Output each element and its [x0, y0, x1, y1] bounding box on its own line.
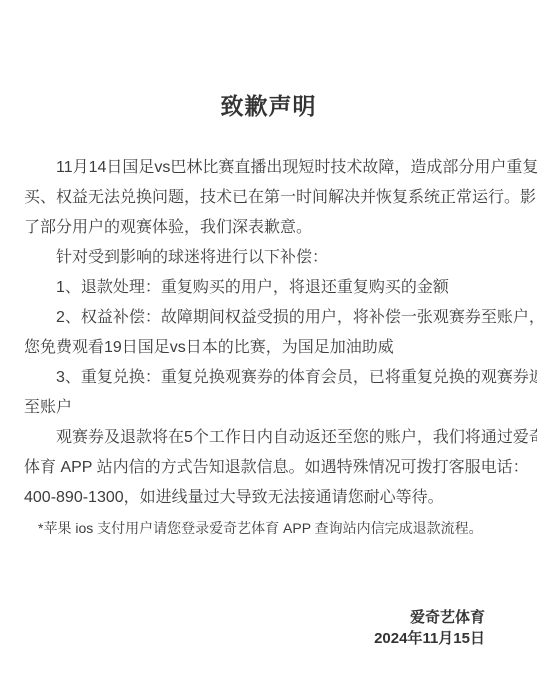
apology-statement-page: 致歉声明 11月14日国足vs巴林比赛直播出现短时技术故障，造成部分用户重复购买…: [0, 0, 537, 698]
signature-date: 2024年11月15日: [0, 628, 485, 649]
body-line: 2、权益补偿：故障期间权益受损的用户，将补偿一张观赛券至账户，邀: [24, 303, 515, 333]
body-line: 买、权益无法兑换问题，技术已在第一时间解决并恢复系统正常运行。影响: [24, 183, 515, 213]
body-line: 至账户: [24, 393, 515, 423]
signature-block: 爱奇艺体育 2024年11月15日: [0, 607, 537, 649]
statement-body: 11月14日国足vs巴林比赛直播出现短时技术故障，造成部分用户重复购买、权益无法…: [0, 153, 537, 543]
statement-title: 致歉声明: [0, 0, 537, 120]
body-line: *苹果 ios 支付用户请您登录爱奇艺体育 APP 查询站内信完成退款流程。: [24, 513, 515, 543]
signature-company: 爱奇艺体育: [0, 607, 485, 628]
body-line: 1、退款处理：重复购买的用户，将退还重复购买的金额: [24, 273, 515, 303]
body-line: 针对受到影响的球迷将进行以下补偿：: [24, 243, 515, 273]
body-line: 观赛券及退款将在5个工作日内自动返还至您的账户，我们将通过爱奇艺: [24, 423, 515, 453]
body-line: 400-890-1300，如进线量过大导致无法接通请您耐心等待。: [24, 483, 515, 513]
body-line: 3、重复兑换：重复兑换观赛券的体育会员，已将重复兑换的观赛券返还: [24, 363, 515, 393]
body-line: 11月14日国足vs巴林比赛直播出现短时技术故障，造成部分用户重复购: [24, 153, 515, 183]
body-line: 体育 APP 站内信的方式告知退款信息。如遇特殊情况可拨打客服电话：: [24, 453, 515, 483]
body-line: 您免费观看19日国足vs日本的比赛，为国足加油助威: [24, 333, 515, 363]
body-line: 了部分用户的观赛体验，我们深表歉意。: [24, 213, 515, 243]
